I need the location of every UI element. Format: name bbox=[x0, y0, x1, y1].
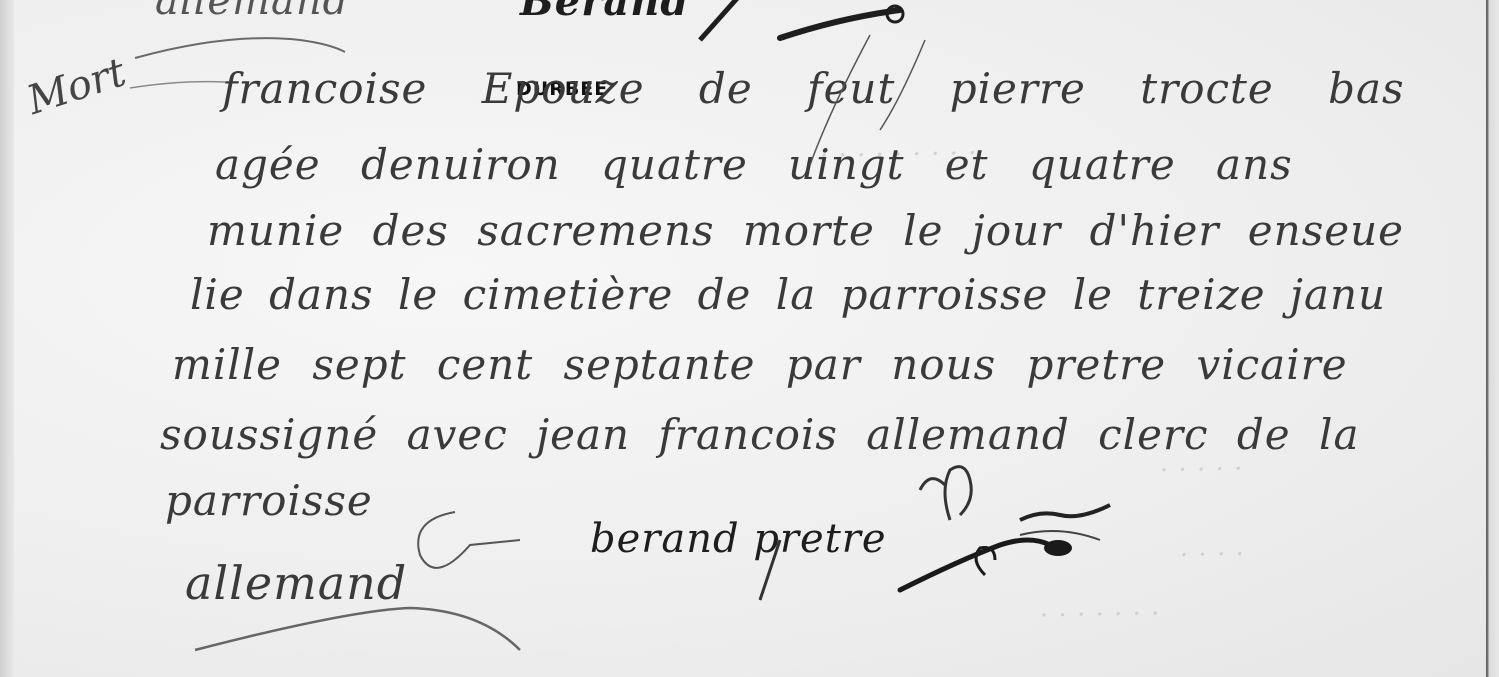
pen-strokes bbox=[0, 0, 1499, 677]
priest-paraph-icon bbox=[900, 467, 1110, 590]
manuscript-page: · · · · · · · · · · · · · · · · · · · · … bbox=[0, 0, 1499, 677]
paraph-stroke-icon bbox=[700, 0, 740, 40]
